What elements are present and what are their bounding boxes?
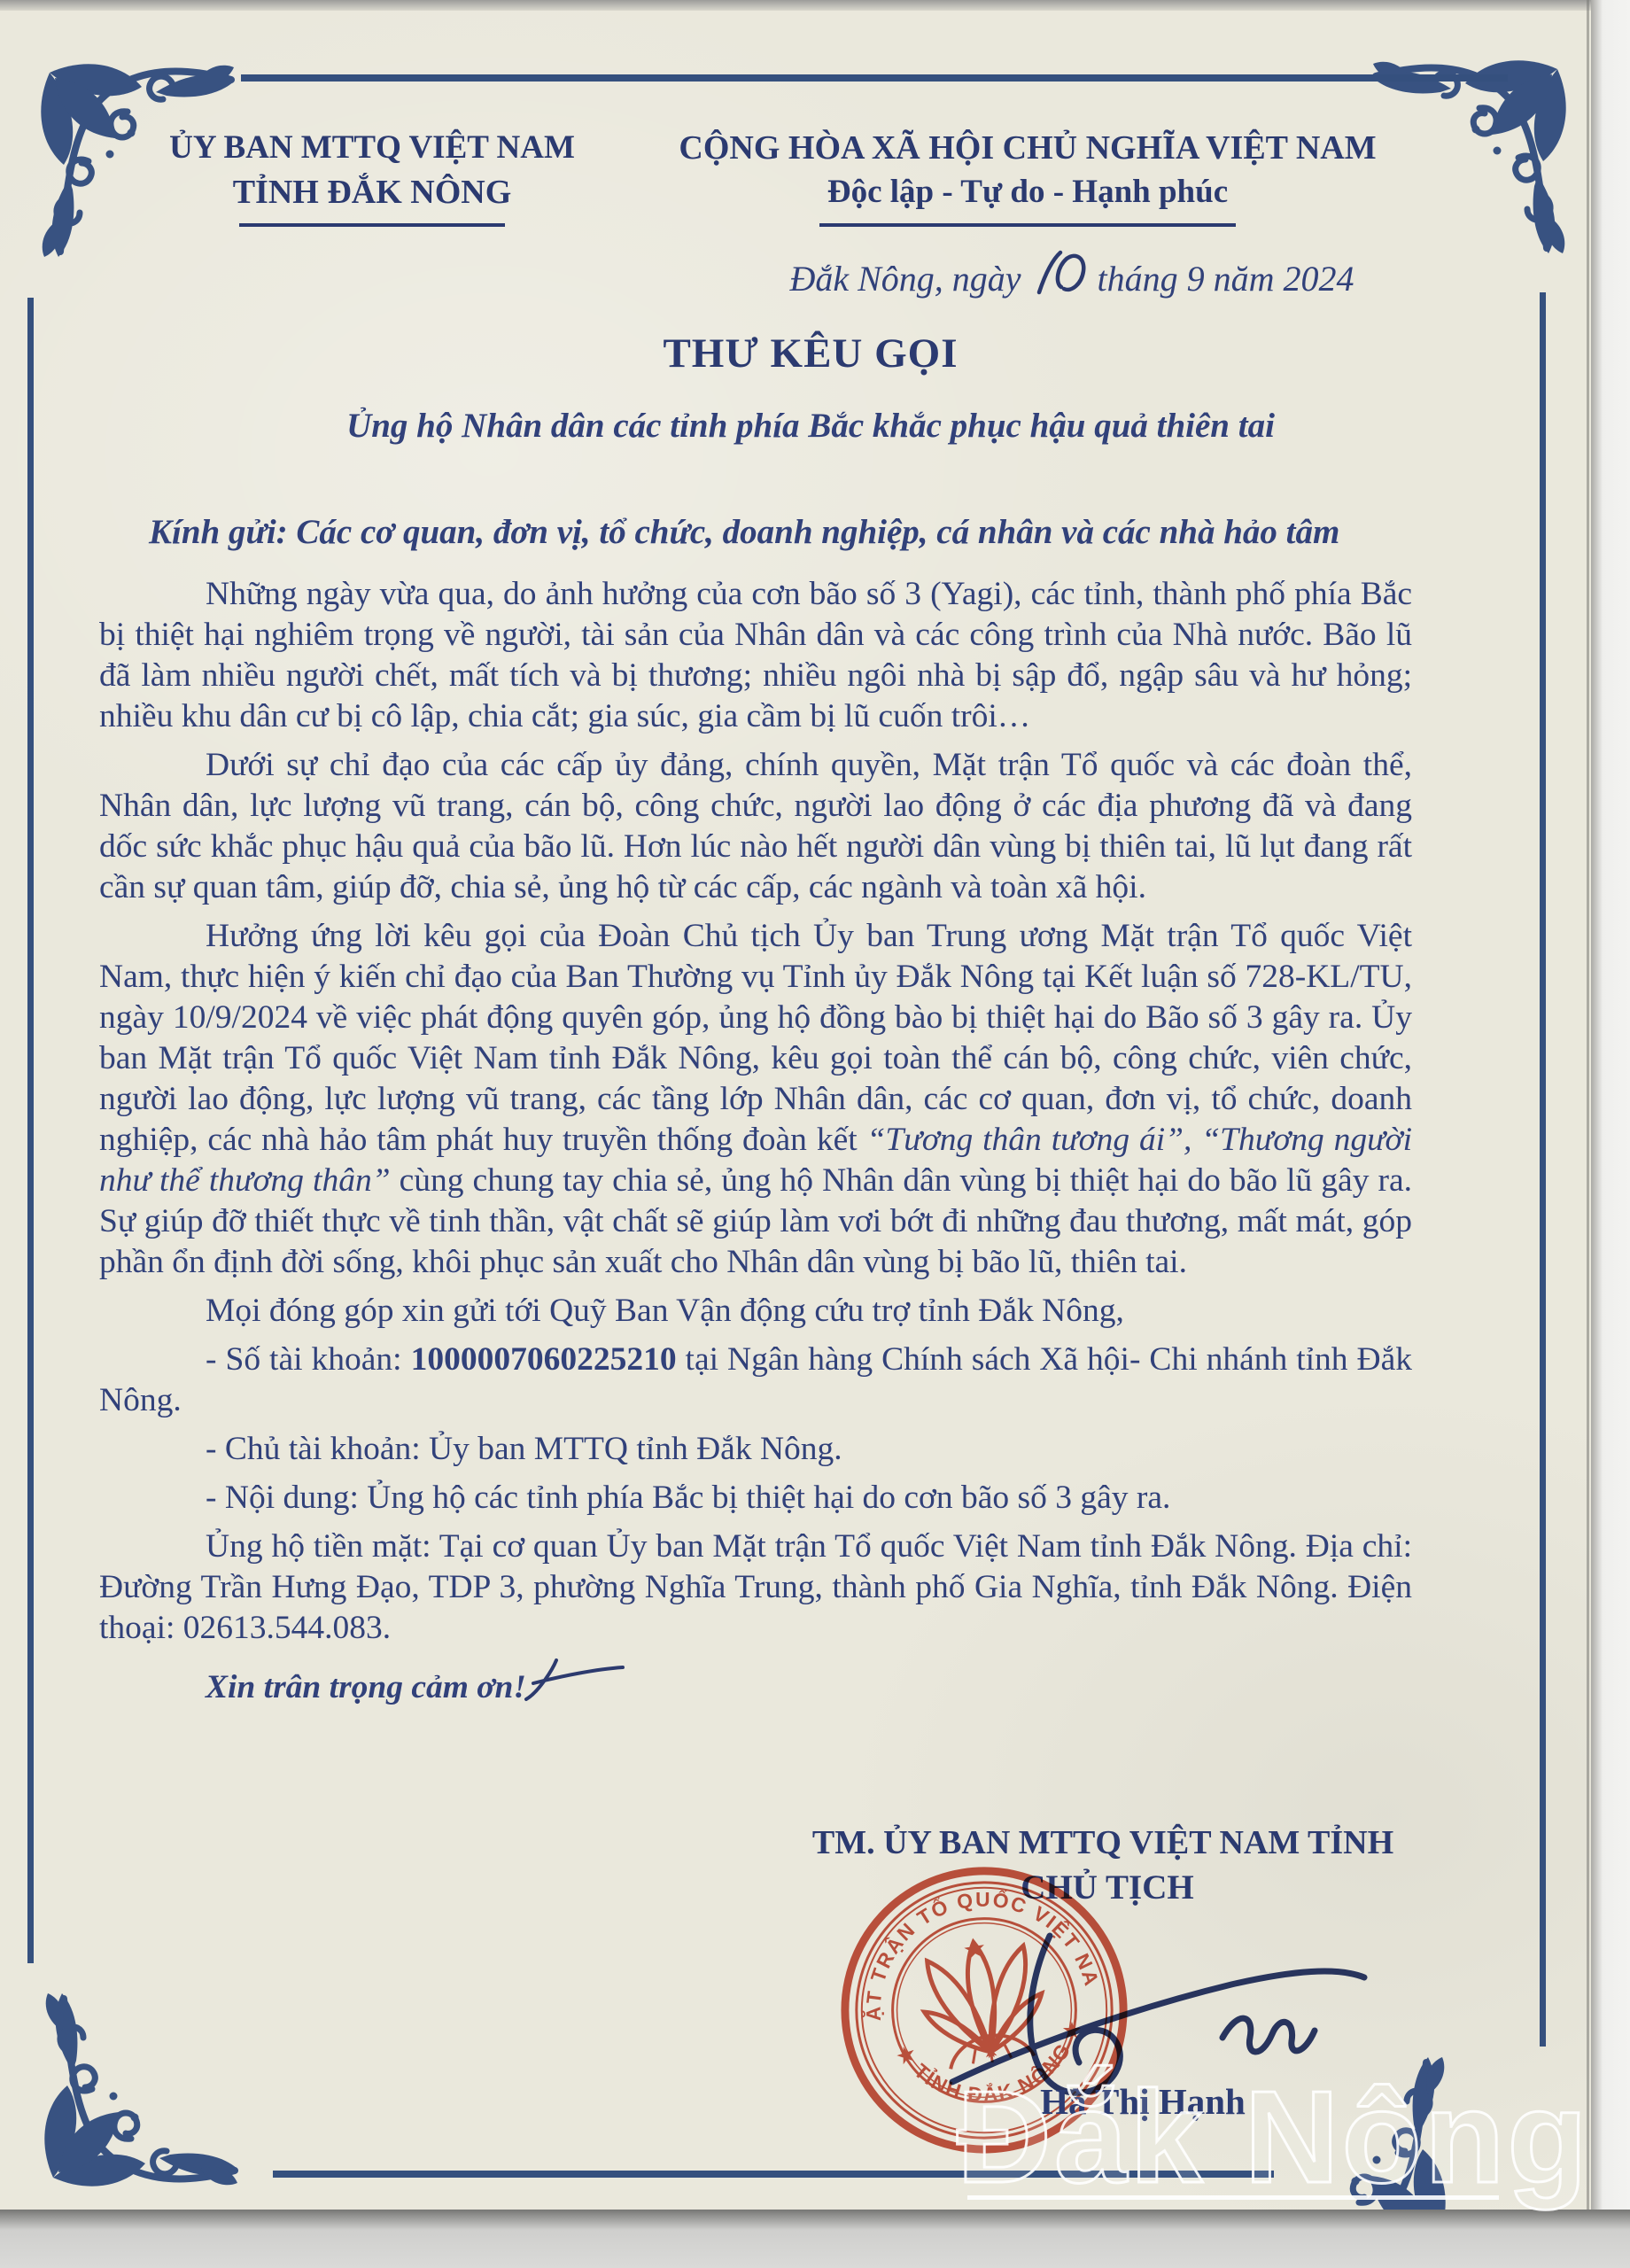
issuing-org-block: ỦY BAN MTTQ VIỆT NAM TỈNH ĐẮK NÔNG: [115, 126, 629, 227]
closing-line: Xin trân trọng cảm ơn!: [99, 1657, 1412, 1708]
border-line-right: [1540, 292, 1546, 2047]
scan-edge-top: [0, 0, 1630, 11]
corner-flourish-icon: [27, 1974, 257, 2204]
salutation-line: Kính gửi: Các cơ quan, đơn vị, tổ chức, …: [149, 512, 1478, 552]
paragraph: Những ngày vừa qua, do ảnh hưởng của cơn…: [99, 574, 1412, 737]
org-underline: [239, 223, 505, 227]
date-suffix: tháng 9 năm 2024: [1098, 259, 1354, 299]
org-name-line1: ỦY BAN MTTQ VIỆT NAM: [115, 126, 629, 170]
cash-donation-line: Ủng hộ tiền mặt: Tại cơ quan Ủy ban Mặt …: [99, 1526, 1412, 1649]
letter-body: Những ngày vừa qua, do ảnh hưởng của cơn…: [99, 574, 1412, 1716]
pen-flourish-icon: [521, 1657, 627, 1703]
handwritten-day-icon: [1032, 248, 1087, 299]
national-title: CỘNG HÒA XÃ HỘI CHỦ NGHĨA VIỆT NAM: [656, 126, 1400, 170]
watermark-underline: [967, 2195, 1499, 2200]
paragraph: Dưới sự chỉ đạo của các cấp ủy đảng, chí…: [99, 745, 1412, 908]
date-line: Đắk Nông, ngày tháng 9 năm 2024: [753, 248, 1391, 299]
scan-edge-bottom: [0, 2210, 1630, 2268]
document-subtitle: Ủng hộ Nhân dân các tỉnh phía Bắc khắc p…: [133, 406, 1488, 446]
account-holder-line: - Chủ tài khoản: Ủy ban MTTQ tỉnh Đắk Nô…: [99, 1429, 1412, 1470]
motto-underline: [819, 223, 1236, 227]
station-watermark: Đắk Nông: [957, 2062, 1590, 2213]
closing-text: Xin trân trọng cảm ơn!: [206, 1669, 526, 1705]
paper-edge-line: [1587, 0, 1589, 2268]
national-motto-block: CỘNG HÒA XÃ HỘI CHỦ NGHĨA VIỆT NAM Độc l…: [656, 126, 1400, 227]
title-block: THƯ KÊU GỌI Ủng hộ Nhân dân các tỉnh phí…: [133, 330, 1488, 446]
date-prefix: Đắk Nông, ngày: [789, 259, 1021, 299]
national-motto: Độc lập - Tự do - Hạnh phúc: [656, 170, 1400, 214]
document-title: THƯ KÊU GỌI: [133, 330, 1488, 377]
scan-edge-right: [1591, 0, 1630, 2268]
account-number: 1000007060225210: [411, 1341, 677, 1378]
scanned-letter-page: ỦY BAN MTTQ VIỆT NAM TỈNH ĐẮK NÔNG CỘNG …: [0, 0, 1630, 2268]
account-number-line: - Số tài khoản: 1000007060225210 tại Ngâ…: [99, 1340, 1412, 1421]
border-line-left: [27, 298, 34, 1963]
transfer-note-line: - Nội dung: Ủng hộ các tỉnh phía Bắc bị …: [99, 1478, 1412, 1518]
border-line-top: [241, 74, 1508, 82]
org-name-line2: TỈNH ĐẮK NÔNG: [115, 170, 629, 214]
paragraph: Hưởng ứng lời kêu gọi của Đoàn Chủ tịch …: [99, 916, 1412, 1283]
account-label: - Số tài khoản:: [206, 1341, 411, 1378]
donation-intro: Mọi đóng góp xin gửi tới Quỹ Ban Vận độn…: [99, 1291, 1412, 1332]
